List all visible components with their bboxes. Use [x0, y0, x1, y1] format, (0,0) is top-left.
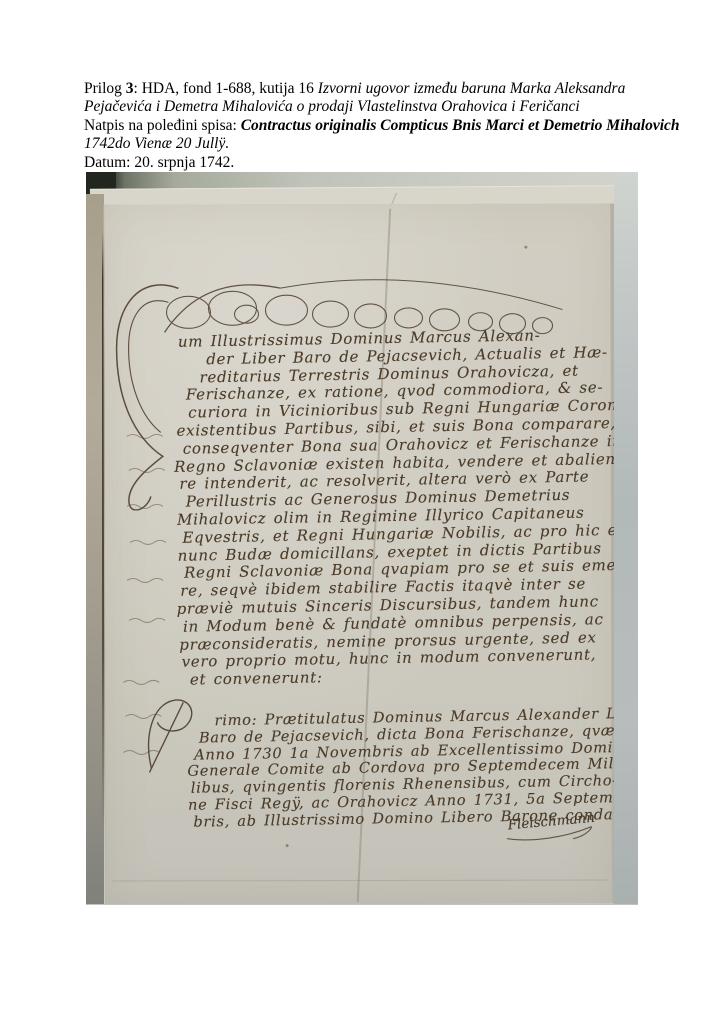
caption-title-italic: Izvorni ugovor između baruna Marka Aleks… — [318, 80, 626, 97]
caption-line-4: 1742do Vienæ 20 Jullÿ. — [84, 135, 684, 153]
ink-speck — [286, 844, 289, 847]
photo-right-edge — [614, 172, 638, 904]
caption-text: Prilog — [84, 80, 126, 97]
manuscript-paper: um Illustrissimus Dominus Marcus Alexan-… — [103, 203, 615, 904]
caption-number: 3 — [126, 80, 134, 97]
document-page: Prilog 3: HDA, fond 1-688, kutija 16 Izv… — [0, 0, 724, 1024]
caption-line-1: Prilog 3: HDA, fond 1-688, kutija 16 Izv… — [84, 80, 684, 98]
paper-bottom-crease — [112, 879, 608, 881]
caption-line-5: Datum: 20. srpnja 1742. — [84, 154, 684, 172]
caption-text: Natpis na poleđini spisa: — [84, 117, 241, 134]
manuscript-photo: um Illustrissimus Dominus Marcus Alexan-… — [86, 172, 638, 904]
caption-text: : HDA, fond 1-688, kutija 16 — [134, 80, 318, 97]
manuscript-paragraph-1: um Illustrissimus Dominus Marcus Alexan-… — [172, 326, 618, 690]
ink-speck — [524, 246, 527, 249]
caption-line-2: Pejačevića i Demetra Mihalovića o prodaj… — [84, 98, 684, 116]
caption-date: Datum: 20. srpnja 1742. — [84, 154, 234, 171]
caption-title-italic: Pejačevića i Demetra Mihalovića o prodaj… — [84, 98, 580, 115]
caption-line-3: Natpis na poleđini spisa: Contractus ori… — [84, 117, 684, 135]
caption-inscription-latin: Contractus originalis Compticus Bnis Mar… — [241, 117, 680, 134]
caption-inscription-date: 1742do Vienæ 20 Jullÿ. — [84, 135, 229, 152]
caption-block: Prilog 3: HDA, fond 1-688, kutija 16 Izv… — [84, 80, 684, 172]
